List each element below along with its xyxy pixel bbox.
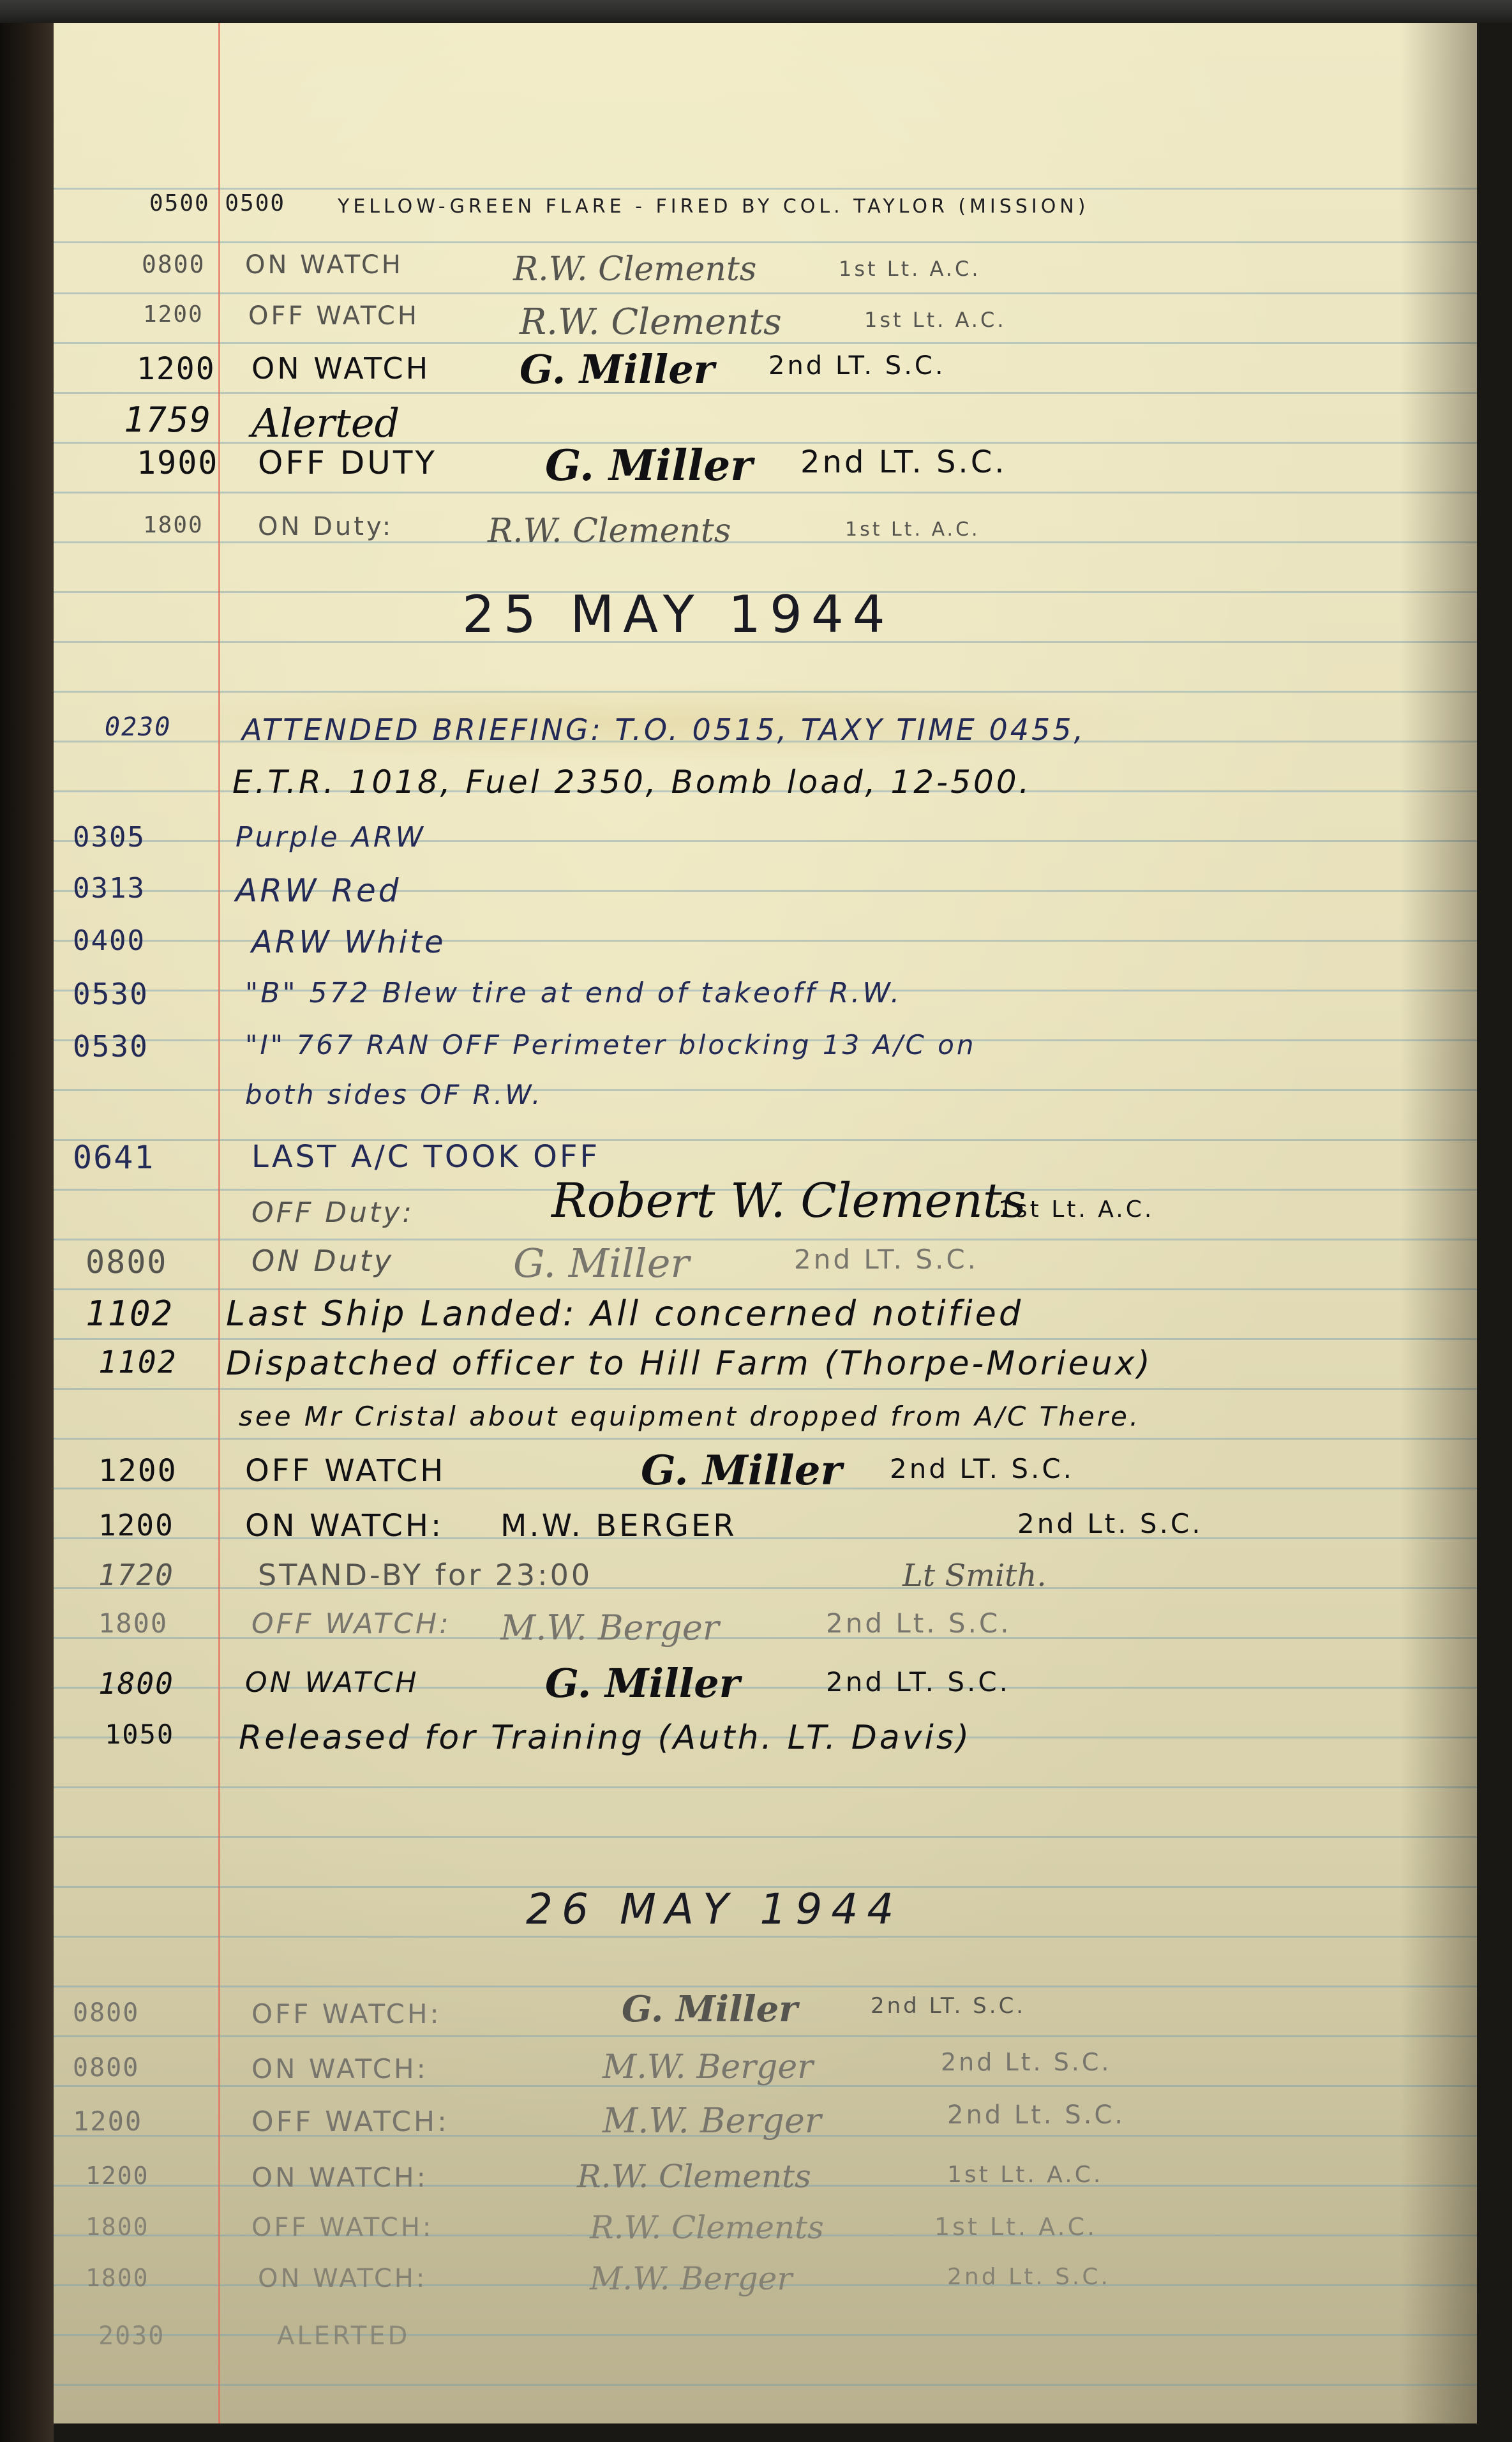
entry-time: 1200	[98, 1508, 174, 1542]
entry-time: 0800	[73, 2053, 139, 2083]
entry-time: 0530	[73, 1029, 149, 1064]
entry-text: STAND-BY for 23:00	[258, 1558, 592, 1592]
entry-text: ALERTED	[277, 2321, 410, 2351]
entry-text: ON Duty	[251, 1244, 394, 1278]
entry-text: ON WATCH:	[251, 2053, 428, 2084]
rank: 2nd LT. S.C.	[871, 1993, 1026, 2019]
entry-text: see Mr Cristal about equipment dropped f…	[239, 1401, 1141, 1432]
signature: G. Miller	[545, 441, 752, 490]
entry-text: ARW Red	[236, 872, 401, 909]
rule-line	[54, 1388, 1477, 1390]
ledger-binding-left	[0, 23, 54, 2442]
entry-time: 0305	[73, 821, 146, 854]
entry-text: ATTENDED BRIEFING: T.O. 0515, TAXY TIME …	[242, 712, 1086, 747]
rule-line	[54, 691, 1477, 693]
rule-line	[54, 2384, 1477, 2386]
rank: 2nd LT. S.C.	[794, 1244, 978, 1275]
entry-text: ON WATCH:	[251, 2162, 428, 2193]
entry-text: ON WATCH	[245, 250, 403, 280]
rule-line	[54, 1936, 1477, 1938]
entry-time: 0500 0500	[149, 190, 285, 216]
signature: G. Miller	[513, 1240, 689, 1286]
rule-line	[54, 541, 1477, 543]
entry-time: 0313	[73, 872, 146, 905]
rank: 2nd LT. S.C.	[890, 1453, 1074, 1484]
signature: R.W. Clements	[488, 512, 731, 550]
entry-time: 1800	[86, 2264, 149, 2292]
signature: M.W. BERGER	[500, 1508, 737, 1544]
signature: M.W. Berger	[603, 2100, 821, 2141]
rule-line	[54, 1438, 1477, 1440]
rank: 2nd Lt. S.C.	[941, 2048, 1112, 2076]
entry-time: 1200	[73, 2106, 142, 2137]
rule-line	[54, 1288, 1477, 1290]
rank: 1st Lt. A.C.	[947, 2162, 1103, 2188]
rule-line	[54, 492, 1477, 494]
signature: R.W. Clements	[590, 2209, 824, 2246]
signature: G. Miller	[622, 1988, 798, 2030]
entry-time: 0530	[73, 977, 149, 1011]
signature: R.W. Clements	[577, 2158, 811, 2195]
rank: 1st Lt. A.C.	[864, 308, 1006, 332]
entry-time: 1102	[86, 1293, 174, 1334]
entry-text: OFF WATCH:	[251, 2106, 449, 2138]
rule-line	[54, 1338, 1477, 1340]
signature: R.W. Clements	[520, 301, 782, 343]
entry-time: 1800	[143, 512, 204, 538]
entry-time: 1759	[124, 400, 212, 440]
rule-line	[54, 1786, 1477, 1788]
rule-line	[54, 2035, 1477, 2037]
entry-time: 1200	[86, 2162, 149, 2190]
entry-text: "I" 767 RAN OFF Perimeter blocking 13 A/…	[245, 1029, 977, 1060]
entry-time: 1800	[86, 2213, 149, 2241]
entry-time: 0230	[105, 712, 171, 742]
entry-extra: Lt Smith.	[902, 1558, 1047, 1594]
entry-time: 0400	[73, 924, 146, 957]
entry-text: ON WATCH	[245, 1666, 419, 1699]
signature: G. Miller	[520, 346, 714, 393]
rank: 1st Lt. A.C.	[934, 2213, 1097, 2241]
entry-time: 0800	[142, 250, 206, 278]
entry-text: both sides OF R.W.	[245, 1079, 543, 1110]
rule-line	[54, 292, 1477, 294]
entry-text: Purple ARW	[236, 821, 426, 854]
entry-text: OFF WATCH:	[251, 1998, 442, 2030]
rank: 2nd Lt. S.C.	[947, 2100, 1125, 2130]
entry-text: ON WATCH:	[258, 2264, 427, 2293]
rank: 2nd LT. S.C.	[768, 351, 946, 381]
entry-text: YELLOW-GREEN FLARE - FIRED BY COL. TAYLO…	[338, 195, 1089, 218]
signature: Robert W. Clements	[551, 1173, 1026, 1228]
entry-time: 1720	[98, 1558, 174, 1592]
signature: M.W. Berger	[590, 2260, 792, 2297]
rank: 1st Lt. A.C.	[839, 257, 980, 281]
entry-text: OFF WATCH	[248, 301, 419, 331]
entry-text: OFF WATCH:	[251, 2213, 433, 2242]
entry-text: Dispatched officer to Hill Farm (Thorpe-…	[226, 1345, 1153, 1383]
rank: 1st Lt. A.C.	[998, 1196, 1154, 1223]
rank: 2nd Lt. S.C.	[947, 2264, 1111, 2290]
rank: 2nd LT. S.C.	[826, 1666, 1010, 1698]
entry-text: OFF DUTY	[258, 444, 437, 481]
entry-text: Released for Training (Auth. LT. Davis)	[239, 1719, 971, 1757]
date-heading: 25 MAY 1944	[462, 585, 894, 644]
entry-time: 1050	[105, 1719, 174, 1750]
signature: G. Miller	[641, 1447, 842, 1495]
rule-line	[54, 1986, 1477, 1987]
signature: M.W. Berger	[603, 2048, 813, 2086]
entry-time: 0800	[73, 1998, 139, 2028]
entry-text: ARW White	[251, 924, 445, 960]
rank: 2nd Lt. S.C.	[1017, 1508, 1203, 1539]
margin-line	[218, 23, 220, 2423]
rule-line	[54, 392, 1477, 394]
entry-text: ON Duty:	[258, 512, 393, 541]
entry-text: OFF WATCH	[245, 1453, 445, 1489]
ledger-binding-top	[0, 0, 1512, 23]
entry-time: 1200	[143, 301, 204, 328]
rule-line	[54, 188, 1477, 190]
entry-time: 1900	[137, 444, 218, 481]
entry-text: E.T.R. 1018, Fuel 2350, Bomb load, 12-50…	[232, 764, 1031, 801]
entry-text: "B" 572 Blew tire at end of takeoff R.W.	[245, 977, 902, 1009]
entry-text: OFF WATCH:	[251, 1608, 451, 1640]
rule-line	[54, 241, 1477, 243]
date-heading: 26 MAY 1944	[526, 1885, 902, 1934]
entry-time: 1200	[98, 1453, 177, 1489]
entry-text: ON WATCH	[251, 351, 430, 386]
rule-line	[54, 2334, 1477, 2336]
entry-time: 1102	[98, 1345, 177, 1380]
rule-line	[54, 1239, 1477, 1240]
entry-text: OFF Duty:	[251, 1196, 414, 1229]
ledger-page: 0500 0500 YELLOW-GREEN FLARE - FIRED BY …	[54, 23, 1477, 2423]
signature: R.W. Clements	[513, 250, 756, 289]
rule-line	[54, 1836, 1477, 1838]
rank: 2nd Lt. S.C.	[826, 1608, 1012, 1639]
entry-text: ON WATCH:	[245, 1508, 444, 1544]
entry-text: LAST A/C TOOK OFF	[251, 1139, 600, 1175]
entry-text: Last Ship Landed: All concerned notified	[226, 1293, 1023, 1334]
entry-time: 0641	[73, 1139, 154, 1176]
entry-time: 1800	[98, 1666, 174, 1701]
entry-time: 0800	[86, 1244, 167, 1281]
entry-time: 1200	[137, 351, 216, 387]
entry-time: 2030	[98, 2321, 165, 2351]
signature: G. Miller	[545, 1660, 740, 1707]
signature: M.W. Berger	[500, 1608, 719, 1648]
rank: 2nd LT. S.C.	[800, 444, 1007, 480]
entry-time: 1800	[98, 1608, 168, 1639]
rank: 1st Lt. A.C.	[845, 518, 980, 541]
entry-text: Alerted	[251, 400, 400, 446]
